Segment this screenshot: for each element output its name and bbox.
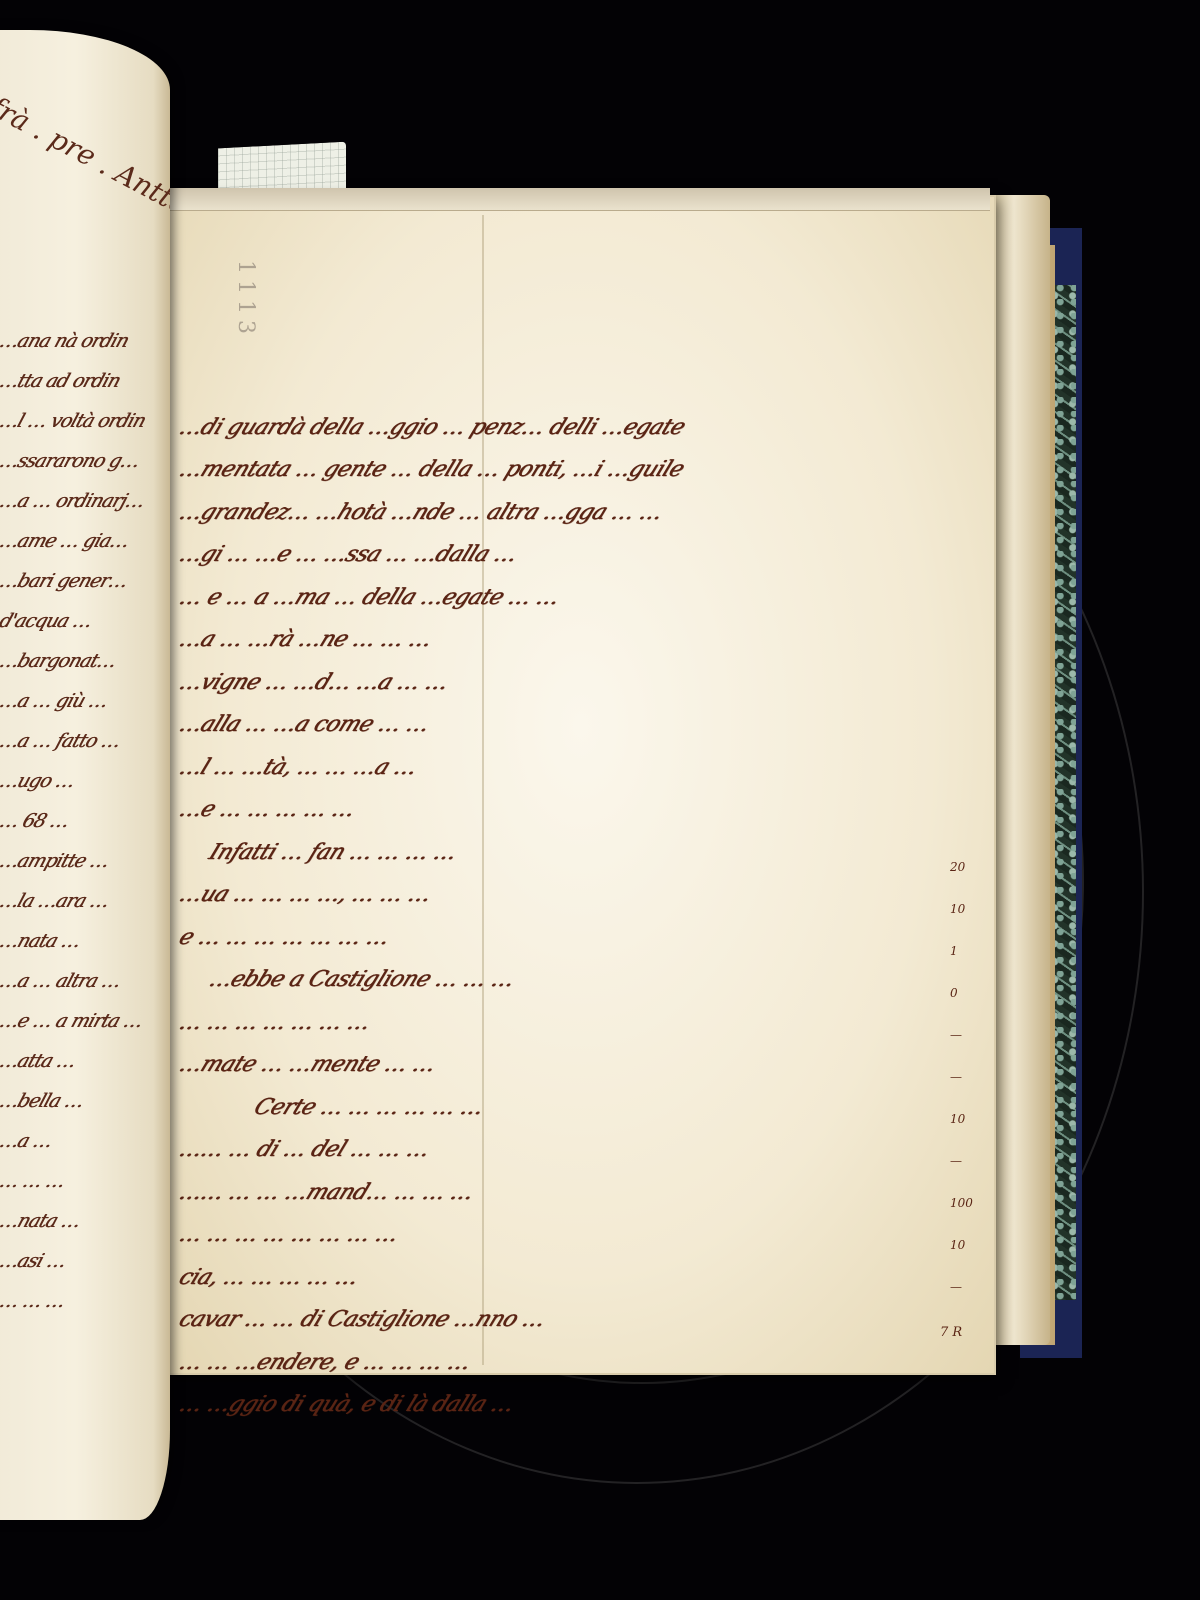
- text-line: …ana nà ordin: [0, 320, 170, 360]
- text-line: … …ggio di quà, e di là dalla …: [180, 1383, 960, 1426]
- text-line: …ssararono g…: [0, 440, 170, 480]
- text-line: … e … a …ma … della …egate … …: [180, 575, 960, 618]
- text-line: … … …: [0, 1160, 170, 1200]
- manuscript-photo: 1113 …di guardà della …ggio … penz… dell…: [0, 0, 1200, 1600]
- text-line: …atta …: [0, 1040, 170, 1080]
- text-line: …a … …rà …ne … … …: [180, 618, 960, 661]
- text-line: …gi … …e … …ssa … …dalla …: [180, 533, 960, 576]
- margin-marks: 20 10 1 0 — — 10 — 100 10 —: [950, 860, 990, 1322]
- text-line: Certe … … … … … …: [180, 1085, 960, 1128]
- text-line: …bella …: [0, 1080, 170, 1120]
- text-line: …alla … …a come … …: [180, 703, 960, 746]
- text-line: …vigne … …d… …a … …: [180, 660, 960, 703]
- text-line: …tta ad ordin: [0, 360, 170, 400]
- text-line: …a … fatto …: [0, 720, 170, 760]
- text-line: …a … ordinarj…: [0, 480, 170, 520]
- text-line: …nata …: [0, 1200, 170, 1240]
- text-line: …ua … … … …, … … …: [180, 873, 960, 916]
- text-line: …nata …: [0, 920, 170, 960]
- text-line: …di guardà della …ggio … penz… delli …eg…: [180, 405, 960, 448]
- text-line: …ame … gia…: [0, 520, 170, 560]
- text-line: … … …endere, e … … … …: [180, 1340, 960, 1383]
- text-line: …asi …: [0, 1240, 170, 1280]
- text-line: …a …: [0, 1120, 170, 1160]
- text-line: …a … altra …: [0, 960, 170, 1000]
- text-line: …l … …tà, … … …a …: [180, 745, 960, 788]
- text-line: …… … … …mand… … … …: [180, 1170, 960, 1213]
- page-top-edge: [170, 188, 990, 211]
- text-line: …mentata … gente … della … ponti, …i …gu…: [180, 448, 960, 491]
- text-line: …bari gener…: [0, 560, 170, 600]
- left-page-header: frà . pre . Antto: [0, 90, 170, 222]
- text-line: …… … di … del … … …: [180, 1128, 960, 1171]
- text-line: …grandez… …hotà …nde … altra …gga … …: [180, 490, 960, 533]
- text-line: …la …ara …: [0, 880, 170, 920]
- text-line: …bargonat…: [0, 640, 170, 680]
- text-line: …e … a mirta …: [0, 1000, 170, 1040]
- text-line: …l … voltà ordin: [0, 400, 170, 440]
- text-line: … 68 …: [0, 800, 170, 840]
- text-line: …ampitte …: [0, 840, 170, 880]
- text-line: d'acqua …: [0, 600, 170, 640]
- left-page-text: …ana nà ordin …tta ad ordin …l … voltà o…: [0, 320, 170, 1320]
- text-line: e … … … … … … …: [180, 915, 960, 958]
- text-line: …a … giù …: [0, 680, 170, 720]
- text-line: … … …: [0, 1280, 170, 1320]
- text-line: cia, … … … … …: [180, 1255, 960, 1298]
- text-line: …e … … … … …: [180, 788, 960, 831]
- folio-number: 7 R: [940, 1325, 962, 1340]
- text-line: …mate … …mente … …: [180, 1043, 960, 1086]
- text-line: cavar … … di Castiglione …nno …: [180, 1298, 960, 1341]
- pencil-annotation: 1113: [233, 260, 258, 340]
- right-page-text: …di guardà della …ggio … penz… delli …eg…: [180, 405, 960, 1425]
- text-line: Infatti … fan … … … …: [180, 830, 960, 873]
- text-line: …ugo …: [0, 760, 170, 800]
- text-line: … … … … … … …: [180, 1000, 960, 1043]
- text-line: …ebbe a Castiglione … … …: [180, 958, 960, 1001]
- text-line: … … … … … … … …: [180, 1213, 960, 1256]
- left-page: frà . pre . Antto …ana nà ordin …tta ad …: [0, 30, 170, 1520]
